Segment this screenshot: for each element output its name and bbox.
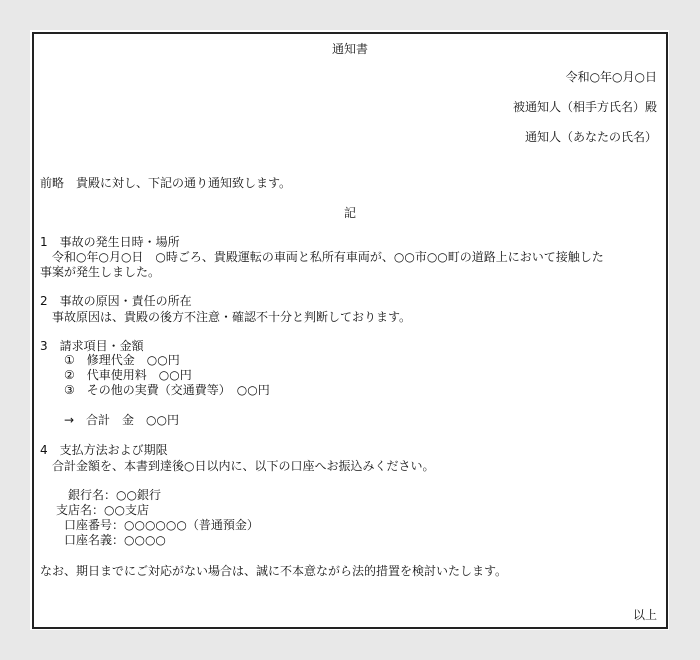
section-2-heading: 2 事故の原因・責任の所在 [40,294,192,309]
document-date: 令和○年○月○日 [566,70,657,85]
preamble: 前略 貴殿に対し、下記の通り通知致します。 [40,176,291,191]
closing-statement: なお、期日までにご対応がない場合は、誠に不本意ながら法的措置を検討いたします。 [40,564,507,579]
ki-heading: 記 [34,206,666,221]
ijou-closing: 以上 [633,608,657,623]
section-1-heading: 1 事故の発生日時・場所 [40,235,180,250]
section-3-heading: 3 請求項目・金額 [40,339,144,354]
document-frame: 通知書 令和○年○月○日 被通知人（相手方氏名）殿 通知人（あなたの氏名） 前略… [32,32,668,629]
branch-name: 支店名：○○支店 [56,503,149,518]
section-2-body: 事故原因は、貴殿の後方不注意・確認不十分と判断しております。 [40,310,411,325]
section-1-body-line1: 令和○年○月○日 ○時ごろ、貴殿運転の車両と私所有車両が、○○市○○町の道路上に… [40,250,604,265]
claim-item-1: ① 修理代金 ○○円 [64,353,180,368]
account-holder: 口座名義：○○○○ [64,533,166,548]
claim-item-2: ② 代車使用料 ○○円 [64,368,192,383]
sender-name: 通知人（あなたの氏名） [525,130,657,145]
section-4-heading: 4 支払方法および期限 [40,443,168,458]
claim-total: → 合計 金 ○○円 [64,413,179,428]
section-4-body: 合計金額を、本書到達後○日以内に、以下の口座へお振込みください。 [40,459,434,474]
bank-name: 銀行名：○○銀行 [68,488,161,503]
section-1-body-line2: 事案が発生しました。 [40,265,160,280]
account-number: 口座番号：○○○○○○（普通預金） [64,518,259,533]
document-title: 通知書 [34,42,666,57]
recipient-name: 被通知人（相手方氏名）殿 [513,100,657,115]
claim-item-3: ③ その他の実費（交通費等） ○○円 [64,383,270,398]
